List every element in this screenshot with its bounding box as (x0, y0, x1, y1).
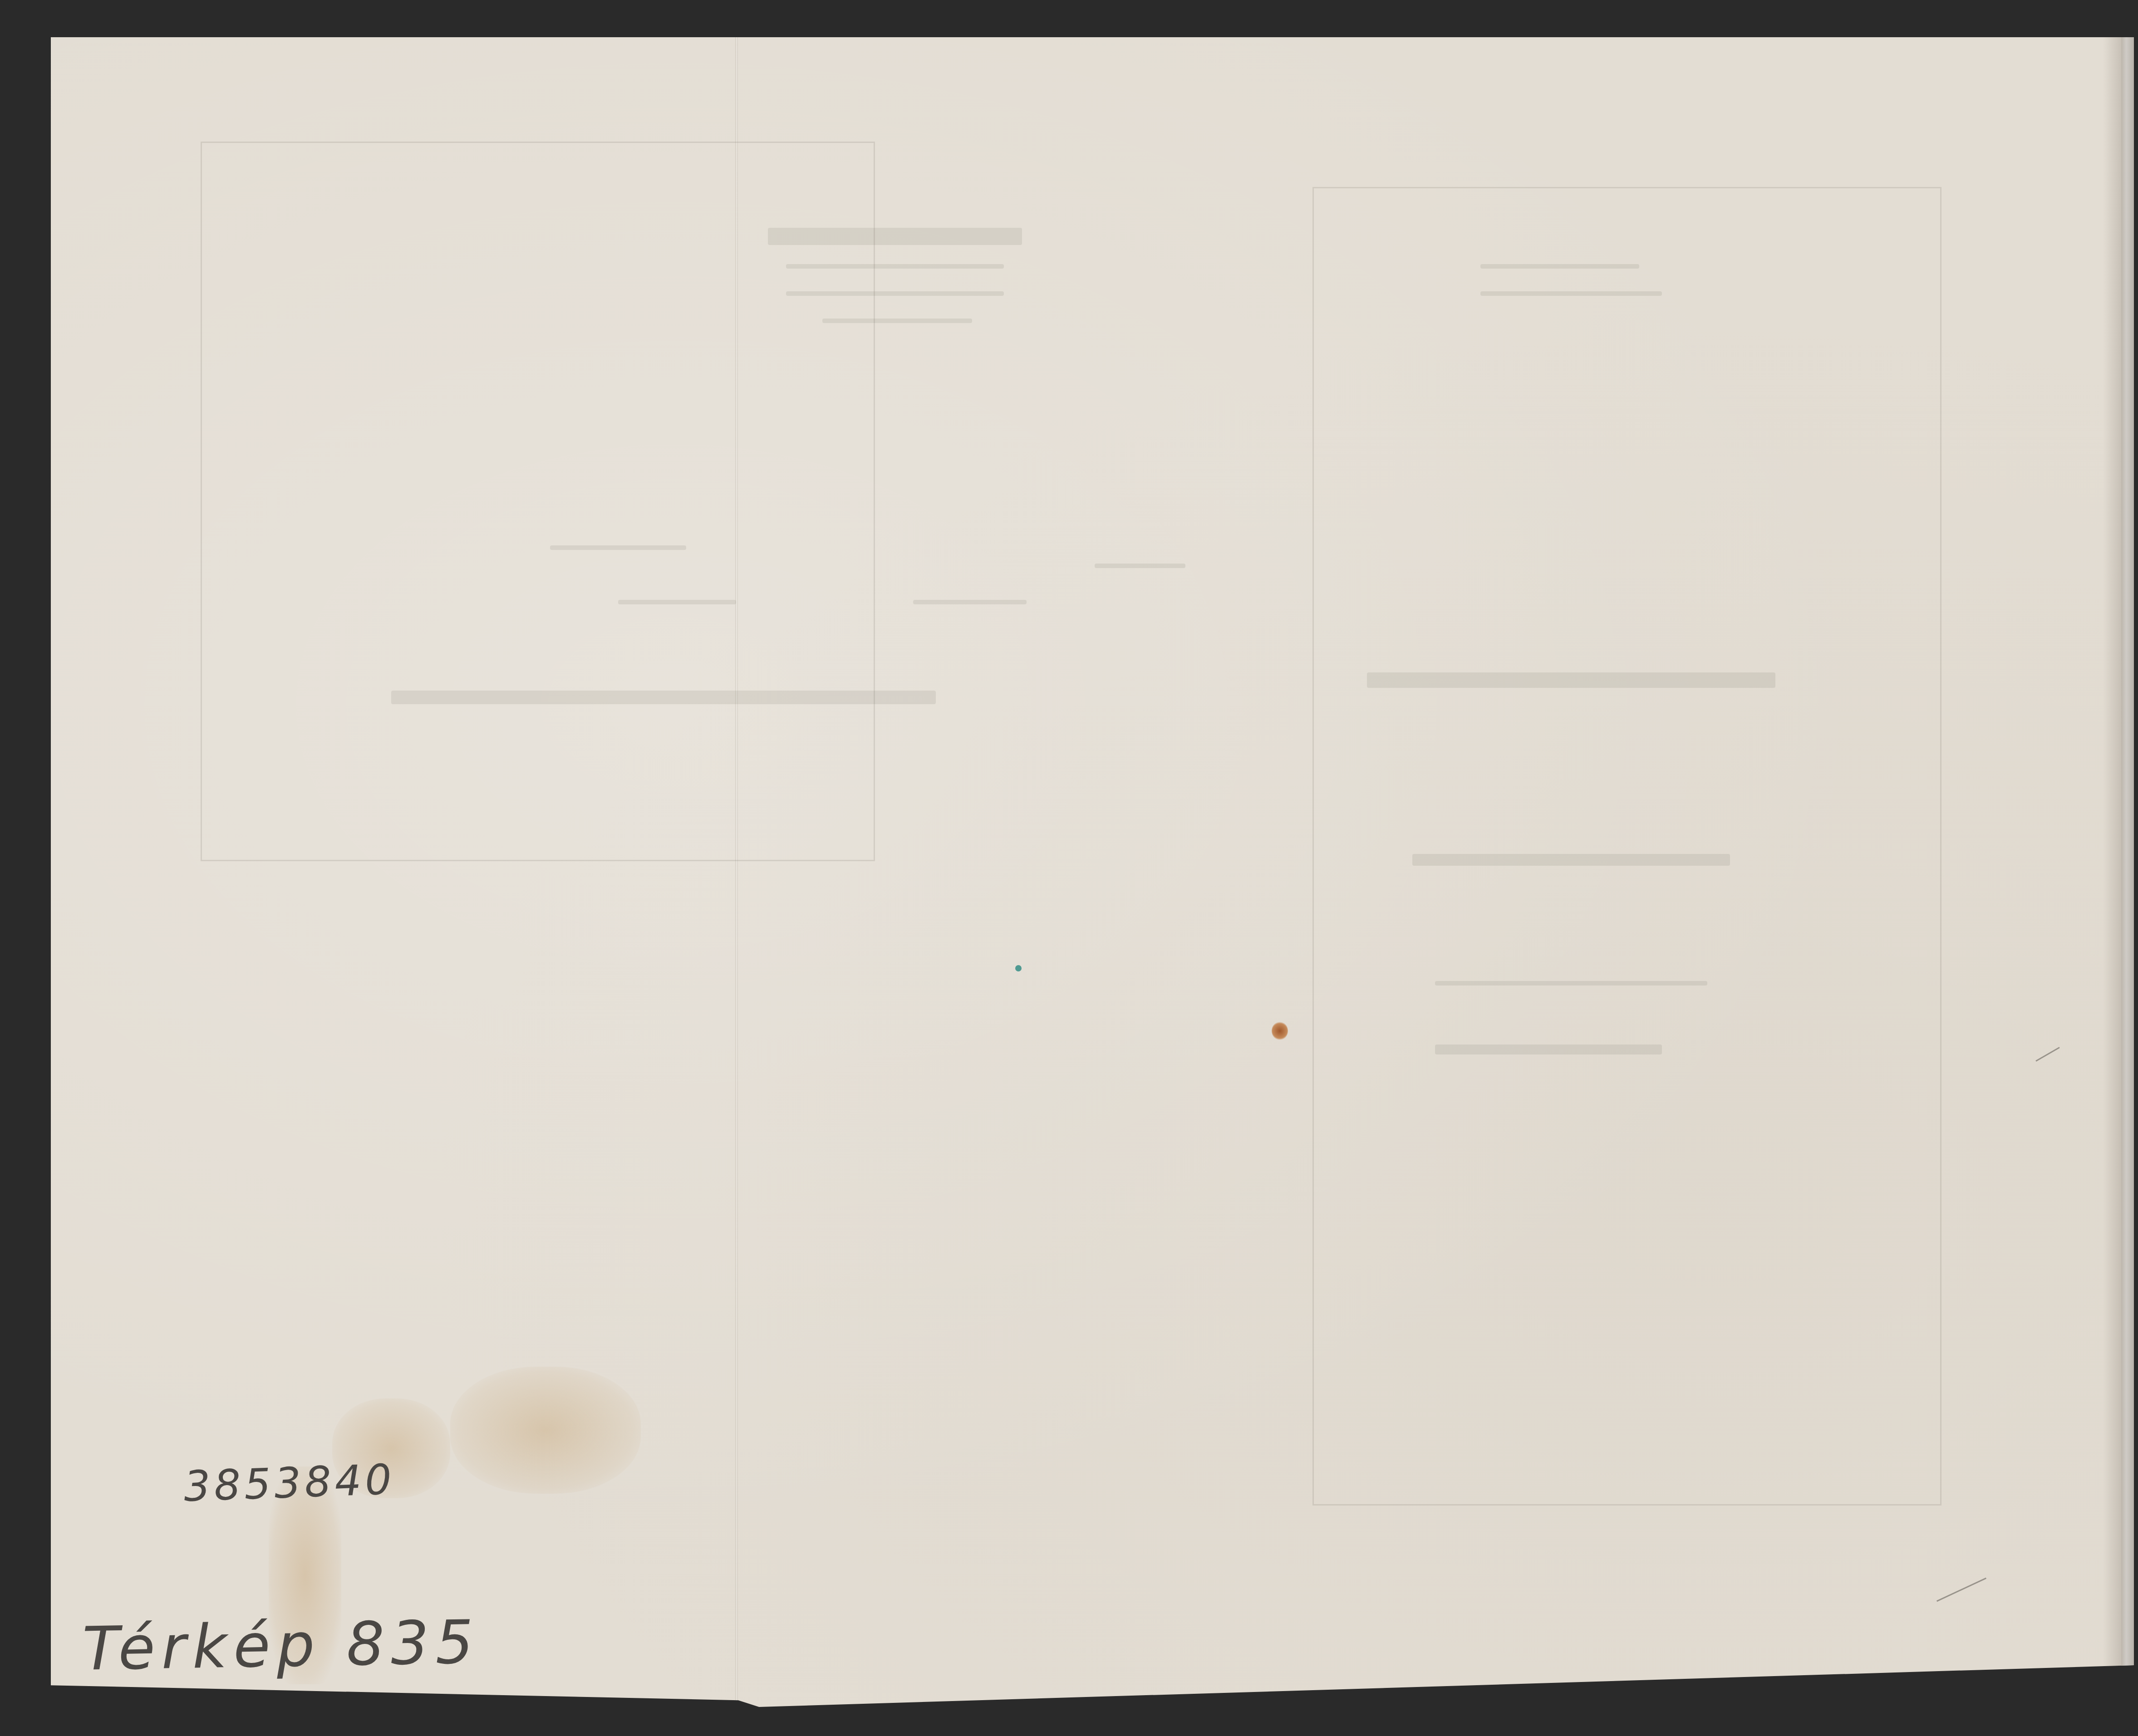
bleed-text-line (822, 319, 972, 323)
bleed-text-line (1435, 981, 1707, 986)
edge-shadow (2103, 37, 2121, 1707)
paper-scratch (1936, 1578, 1986, 1602)
bleed-text-line (1480, 291, 1662, 296)
bleed-frame-left (201, 142, 875, 861)
bleed-text-line (1435, 1045, 1662, 1054)
bleed-text-line (786, 264, 1004, 269)
water-stain (450, 1367, 641, 1494)
bleed-text-line (786, 291, 1004, 296)
bleed-text-line (1095, 564, 1185, 568)
bleed-text-line (1367, 672, 1775, 688)
binding-strip (2121, 37, 2134, 1707)
paper-scratch (2035, 1047, 2059, 1062)
bleed-text-line (1412, 854, 1730, 866)
teal-mark (1015, 965, 1022, 971)
inventory-number: 3853840 (183, 1455, 396, 1511)
catalog-reference: Térkép 835 (82, 1607, 481, 1684)
bleed-frame-right (1312, 187, 1941, 1506)
bleed-text-line (913, 600, 1027, 604)
bleed-text-line (618, 600, 736, 604)
bleed-title-line (768, 228, 1022, 245)
rust-spot (1272, 1022, 1288, 1040)
bleed-text-line (1480, 264, 1639, 269)
bleed-text-line (550, 545, 686, 550)
bleed-text-line (391, 691, 936, 704)
